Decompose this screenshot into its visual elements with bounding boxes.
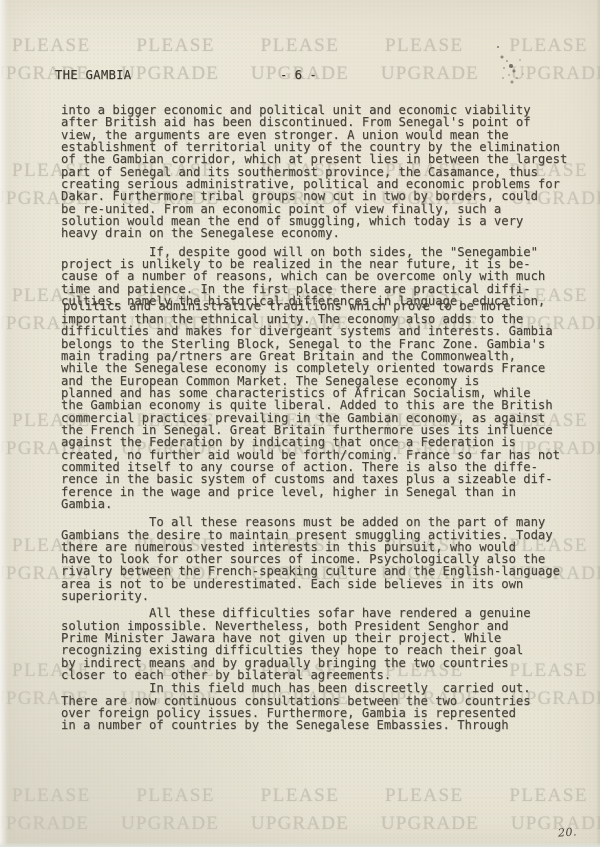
watermark-word: UPGRADE bbox=[381, 62, 479, 86]
paragraph-5: In this field much has been discreetly c… bbox=[61, 682, 580, 731]
paragraph-3: To all these reasons must be added on th… bbox=[61, 516, 580, 602]
page-number: - 6 - bbox=[280, 69, 317, 81]
watermark-word: PLEASE bbox=[385, 34, 464, 58]
watermark-word: UPGRADE bbox=[121, 62, 219, 86]
paragraph-2-start: If, despite good will on both sides, the… bbox=[61, 246, 580, 295]
watermark-word: PLEASE bbox=[136, 784, 215, 808]
document-title: THE GAMBIA bbox=[55, 69, 131, 81]
paragraph-4: All these difficulties sofar have render… bbox=[61, 607, 580, 681]
watermark-word: UPGRADE bbox=[0, 812, 89, 836]
overstruck-lines: culties, namely the historical differenc… bbox=[61, 295, 580, 313]
watermark-word: PLEASE bbox=[385, 784, 464, 808]
paragraph-1: into a bigger economic and political uni… bbox=[61, 104, 580, 240]
scan-edge-bottom bbox=[0, 842, 600, 847]
watermark-word: PLEASE bbox=[509, 34, 588, 58]
scan-edge-right bbox=[596, 0, 600, 847]
paragraph-2-end: important than the ethnical unity. The e… bbox=[61, 313, 580, 510]
watermark-word: PLEASE bbox=[12, 784, 91, 808]
watermark-word: PLEASE bbox=[261, 34, 340, 58]
watermark-word: UPGRADE bbox=[511, 62, 600, 86]
watermark-word: PLEASE bbox=[509, 784, 588, 808]
watermark-word: UPGRADE bbox=[251, 812, 349, 836]
watermark-word: PLEASE bbox=[136, 34, 215, 58]
watermark-word: UPGRADE bbox=[511, 812, 600, 836]
scan-edge-left bbox=[0, 0, 8, 847]
document-page: PLEASEPLEASEPLEASEPLEASEPLEASEUPGRADEUPG… bbox=[0, 0, 600, 847]
watermark-word: UPGRADE bbox=[121, 812, 219, 836]
watermark-word: PLEASE bbox=[261, 784, 340, 808]
watermark-word: UPGRADE bbox=[381, 812, 479, 836]
overstruck-line-b: politics and administrative traditions w… bbox=[63, 300, 511, 312]
document-body: into a bigger economic and political uni… bbox=[61, 104, 580, 732]
ink-stain bbox=[497, 46, 499, 48]
handwritten-page-number: 20. bbox=[558, 825, 578, 839]
watermark-word: PLEASE bbox=[12, 34, 91, 58]
